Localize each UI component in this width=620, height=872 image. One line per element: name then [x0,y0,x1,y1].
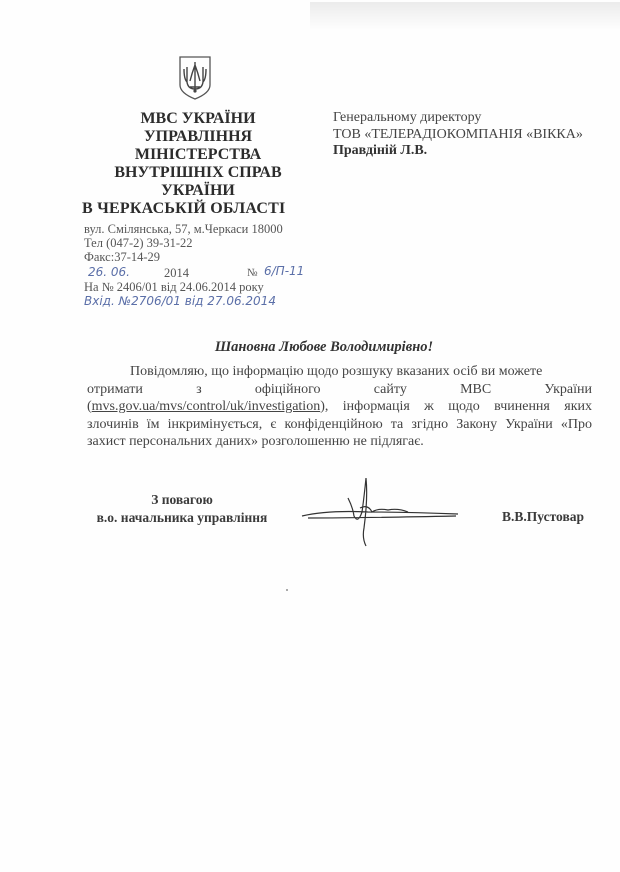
issuer-organization: МВС УКРАЇНИ УПРАВЛІННЯ МІНІСТЕРСТВА ВНУТ… [82,110,314,218]
signatory-name: В.В.Пустовар [502,509,584,525]
handwritten-number: 6/П-11 [264,264,304,278]
signatory-block: З повагою в.о. начальника управління [82,491,282,527]
address: вул. Смілянська, 57, м.Черкаси 18000 [84,222,324,236]
org-line: МВС УКРАЇНИ [82,110,314,128]
salutation: Шановна Любове Володимирівно! [0,339,620,356]
word: України [544,381,592,399]
incoming-registration-handwritten: Вхід. №2706/01 від 27.06.2014 [84,294,324,308]
body-line: Повідомляю, що інформацію щодо розшуку в… [87,363,592,381]
org-line: УПРАВЛІННЯ [82,128,314,146]
outgoing-year: 2014 [164,266,189,280]
word: отримати [87,381,143,399]
investigation-link[interactable]: mvs.gov.ua/mvs/control/uk/investigation [92,399,321,414]
trident-emblem-icon [178,55,212,101]
number-label: № [247,266,258,280]
word: сайту [374,381,407,399]
org-line: В ЧЕРКАСЬКІЙ ОБЛАСТІ [82,200,314,218]
handwritten-date: 26. 06. [88,265,130,279]
recipient-block: Генеральному директору ТОВ «ТЕЛЕРАДІОКОМ… [333,110,620,160]
org-line: МІНІСТЕРСТВА [82,146,314,164]
outgoing-date-number: 26. 06. 2014 № 6/П-11 [84,264,324,280]
recipient-company: ТОВ «ТЕЛЕРАДІОКОМПАНІЯ «ВІККА» [333,127,620,144]
issuer-contacts: вул. Смілянська, 57, м.Черкаси 18000 Тел… [84,222,324,308]
phone: Тел (047-2) 39-31-22 [84,236,324,250]
word: офіційного [255,381,321,399]
recipient-name: Правдіній Л.В. [333,143,620,160]
word: з [196,381,202,399]
org-line: ВНУТРІШНІХ СПРАВ [82,164,314,182]
letter-body: Повідомляю, що інформацію щодо розшуку в… [87,363,592,451]
word: МВС [460,381,491,399]
reply-reference: На № 2406/01 від 24.06.2014 року [84,280,324,294]
recipient-position: Генеральному директору [333,110,620,127]
body-rest: (mvs.gov.ua/mvs/control/uk/investigation… [87,398,592,451]
handwritten-signature-icon [298,468,463,548]
fax: Факс:37-14-29 [84,250,324,264]
org-line: УКРАЇНИ [82,182,314,200]
signatory-position: в.о. начальника управління [82,509,282,527]
body-line-justified: отримати з офіційного сайту МВС України [87,381,592,399]
scan-speck [286,589,288,591]
scan-edge-shadow [310,2,620,30]
closing-phrase: З повагою [82,491,282,509]
